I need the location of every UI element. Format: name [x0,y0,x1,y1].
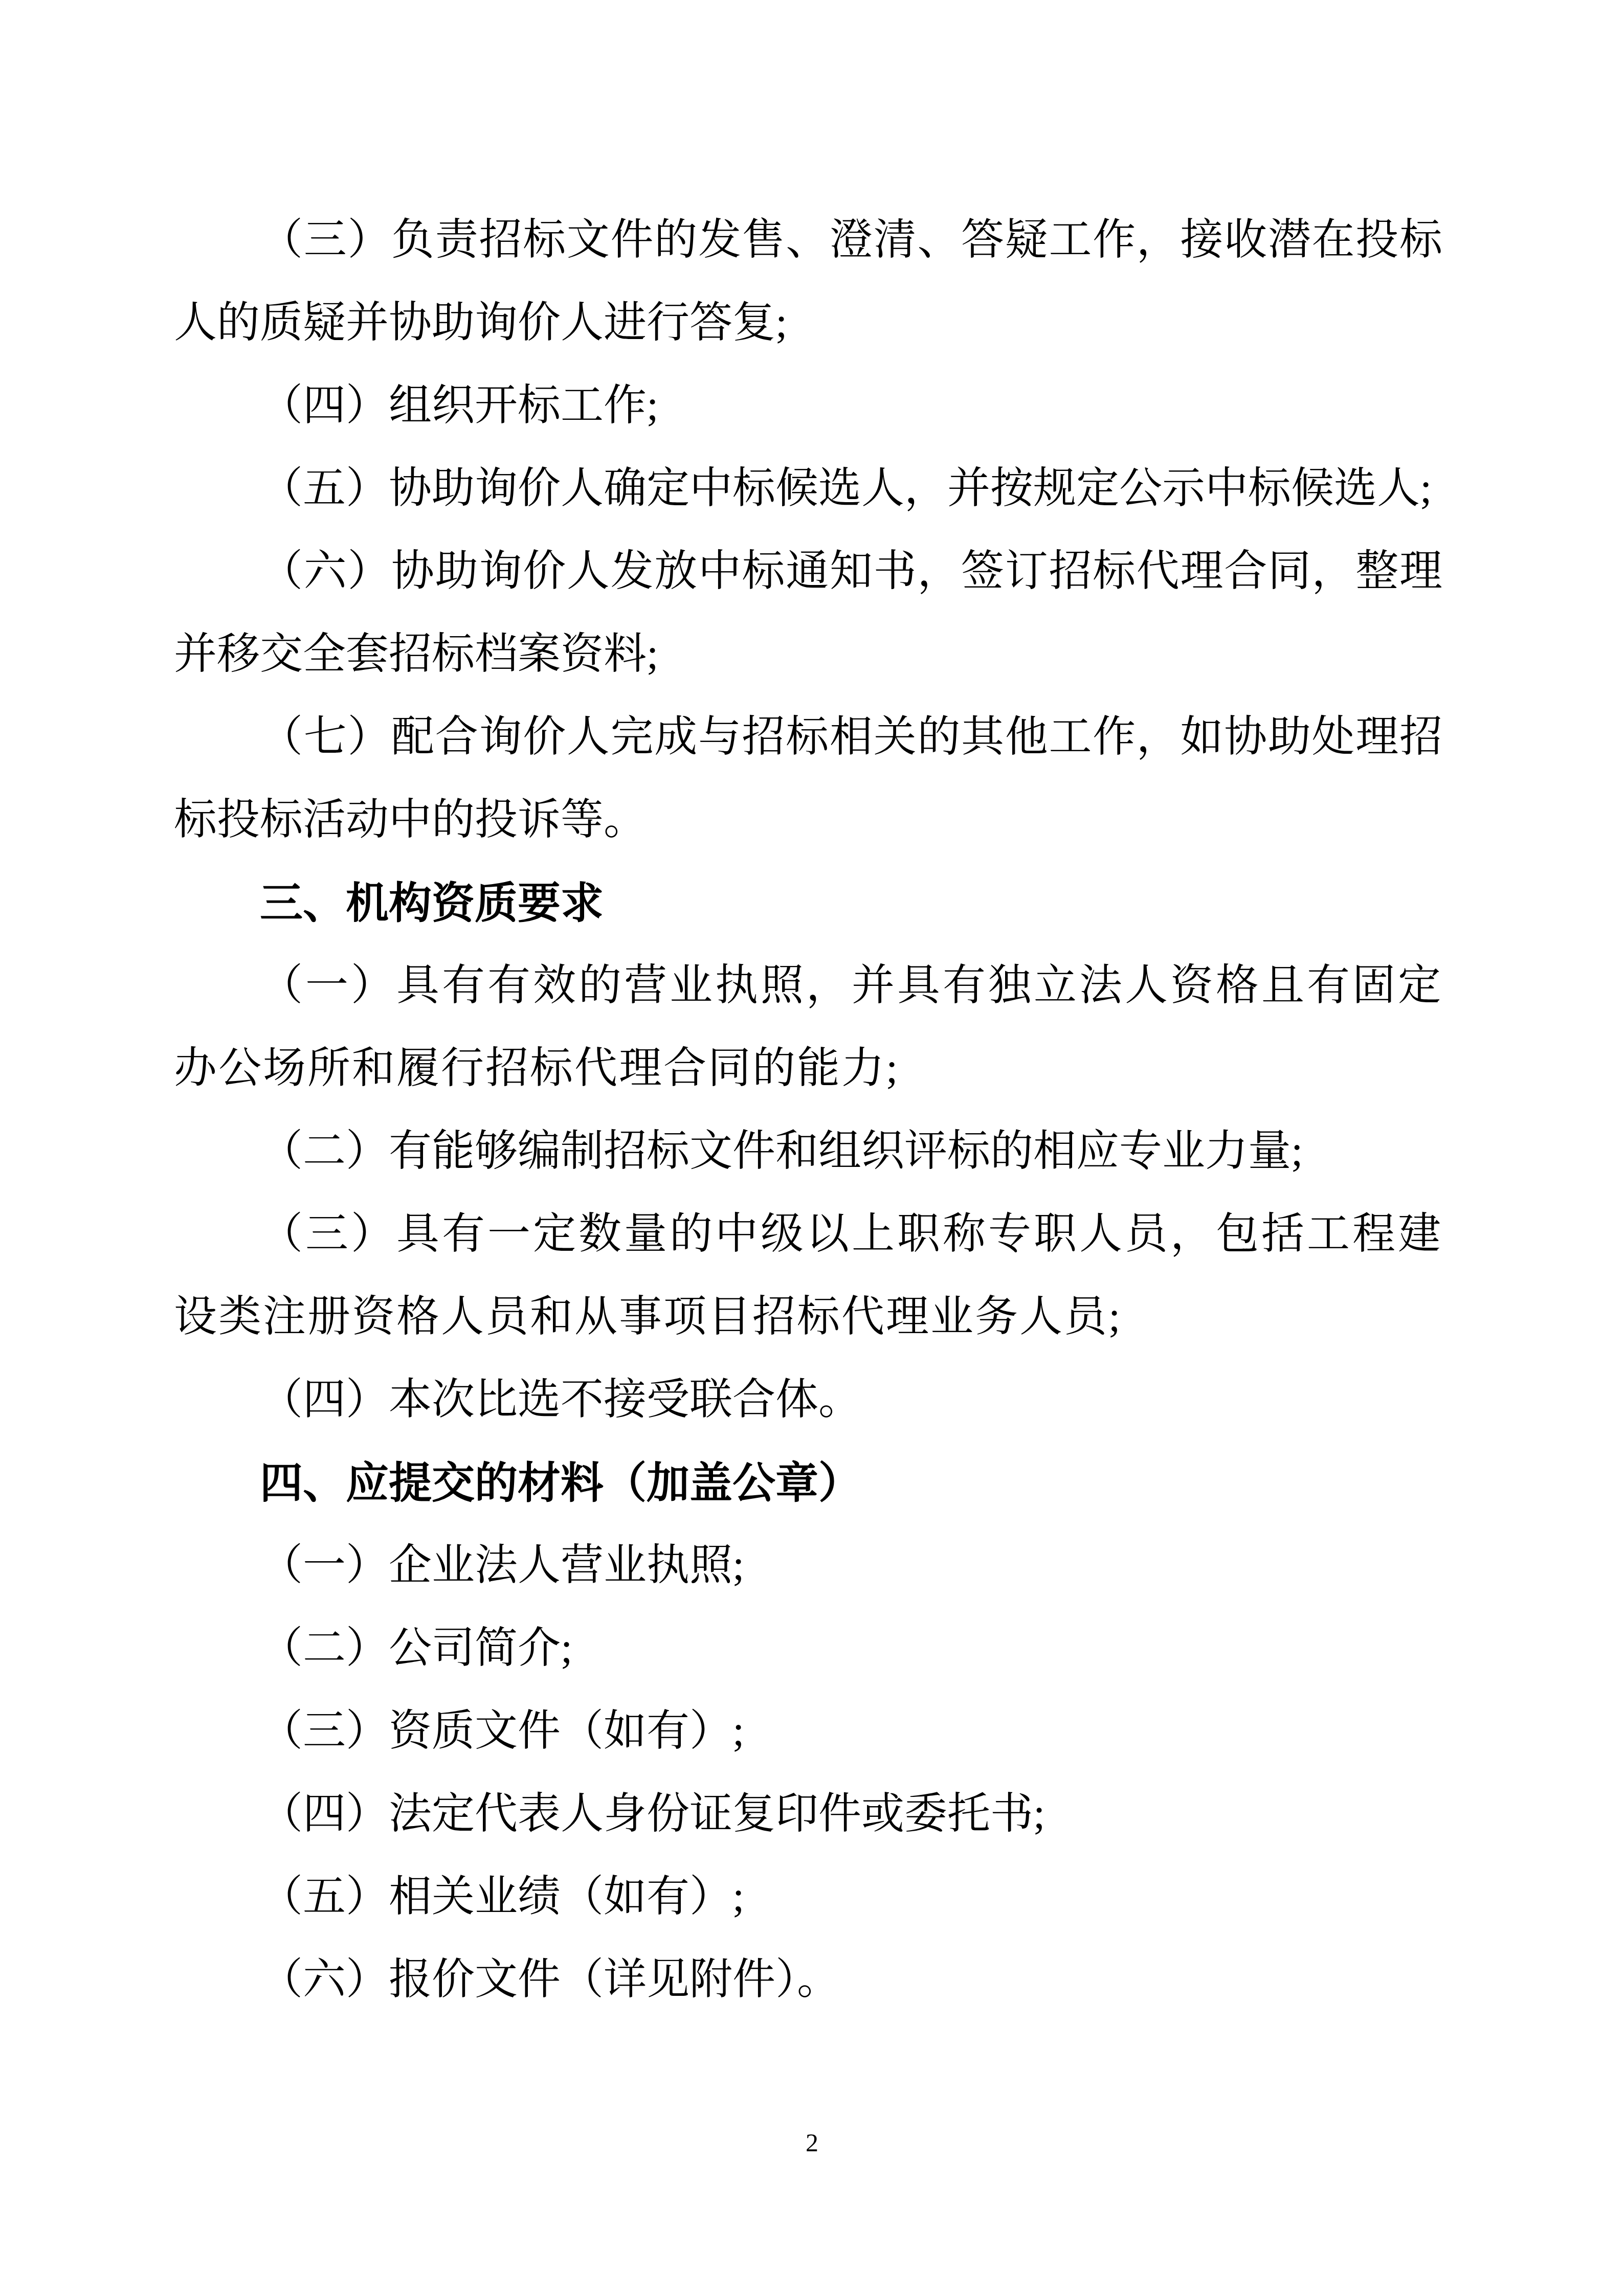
para-material-4: （四）法定代表人身份证复印件或委托书; [174,1773,1442,1856]
para-material-2: （二）公司简介; [174,1607,1442,1690]
para-material-3: （三）资质文件（如有）; [174,1690,1442,1773]
para-material-6: （六）报价文件（详见附件）。 [174,1939,1442,2021]
para-duty-5: （五）协助询价人确定中标候选人，并按规定公示中标候选人; [174,447,1442,530]
section-heading-materials: 四、应提交的材料（加盖公章） [174,1442,1442,1524]
para-qual-1: （一）具有有效的营业执照，并具有独立法人资格且有固定办公场所和履行招标代理合同的… [174,944,1442,1110]
para-qual-3: （三）具有一定数量的中级以上职称专职人员，包括工程建设类注册资格人员和从事项目招… [174,1193,1442,1359]
page-footer: 2 [0,2117,1624,2168]
para-qual-4: （四）本次比选不接受联合体。 [174,1359,1442,1442]
para-duty-3: （三）负责招标文件的发售、澄清、答疑工作，接收潜在投标人的质疑并协助询价人进行答… [174,199,1442,365]
page-number: 2 [806,2128,818,2157]
para-duty-7: （七）配合询价人完成与招标相关的其他工作，如协助处理招标投标活动中的投诉等。 [174,696,1442,862]
para-duty-6: （六）协助询价人发放中标通知书，签订招标代理合同，整理并移交全套招标档案资料; [174,530,1442,696]
para-material-5: （五）相关业绩（如有）; [174,1856,1442,1939]
para-duty-4: （四）组织开标工作; [174,365,1442,447]
document-body: （三）负责招标文件的发售、澄清、答疑工作，接收潜在投标人的质疑并协助询价人进行答… [174,199,1442,2021]
document-page: （三）负责招标文件的发售、澄清、答疑工作，接收潜在投标人的质疑并协助询价人进行答… [0,0,1624,2296]
para-material-1: （一）企业法人营业执照; [174,1524,1442,1607]
para-qual-2: （二）有能够编制招标文件和组织评标的相应专业力量; [174,1110,1442,1193]
section-heading-qualifications: 三、机构资质要求 [174,862,1442,944]
